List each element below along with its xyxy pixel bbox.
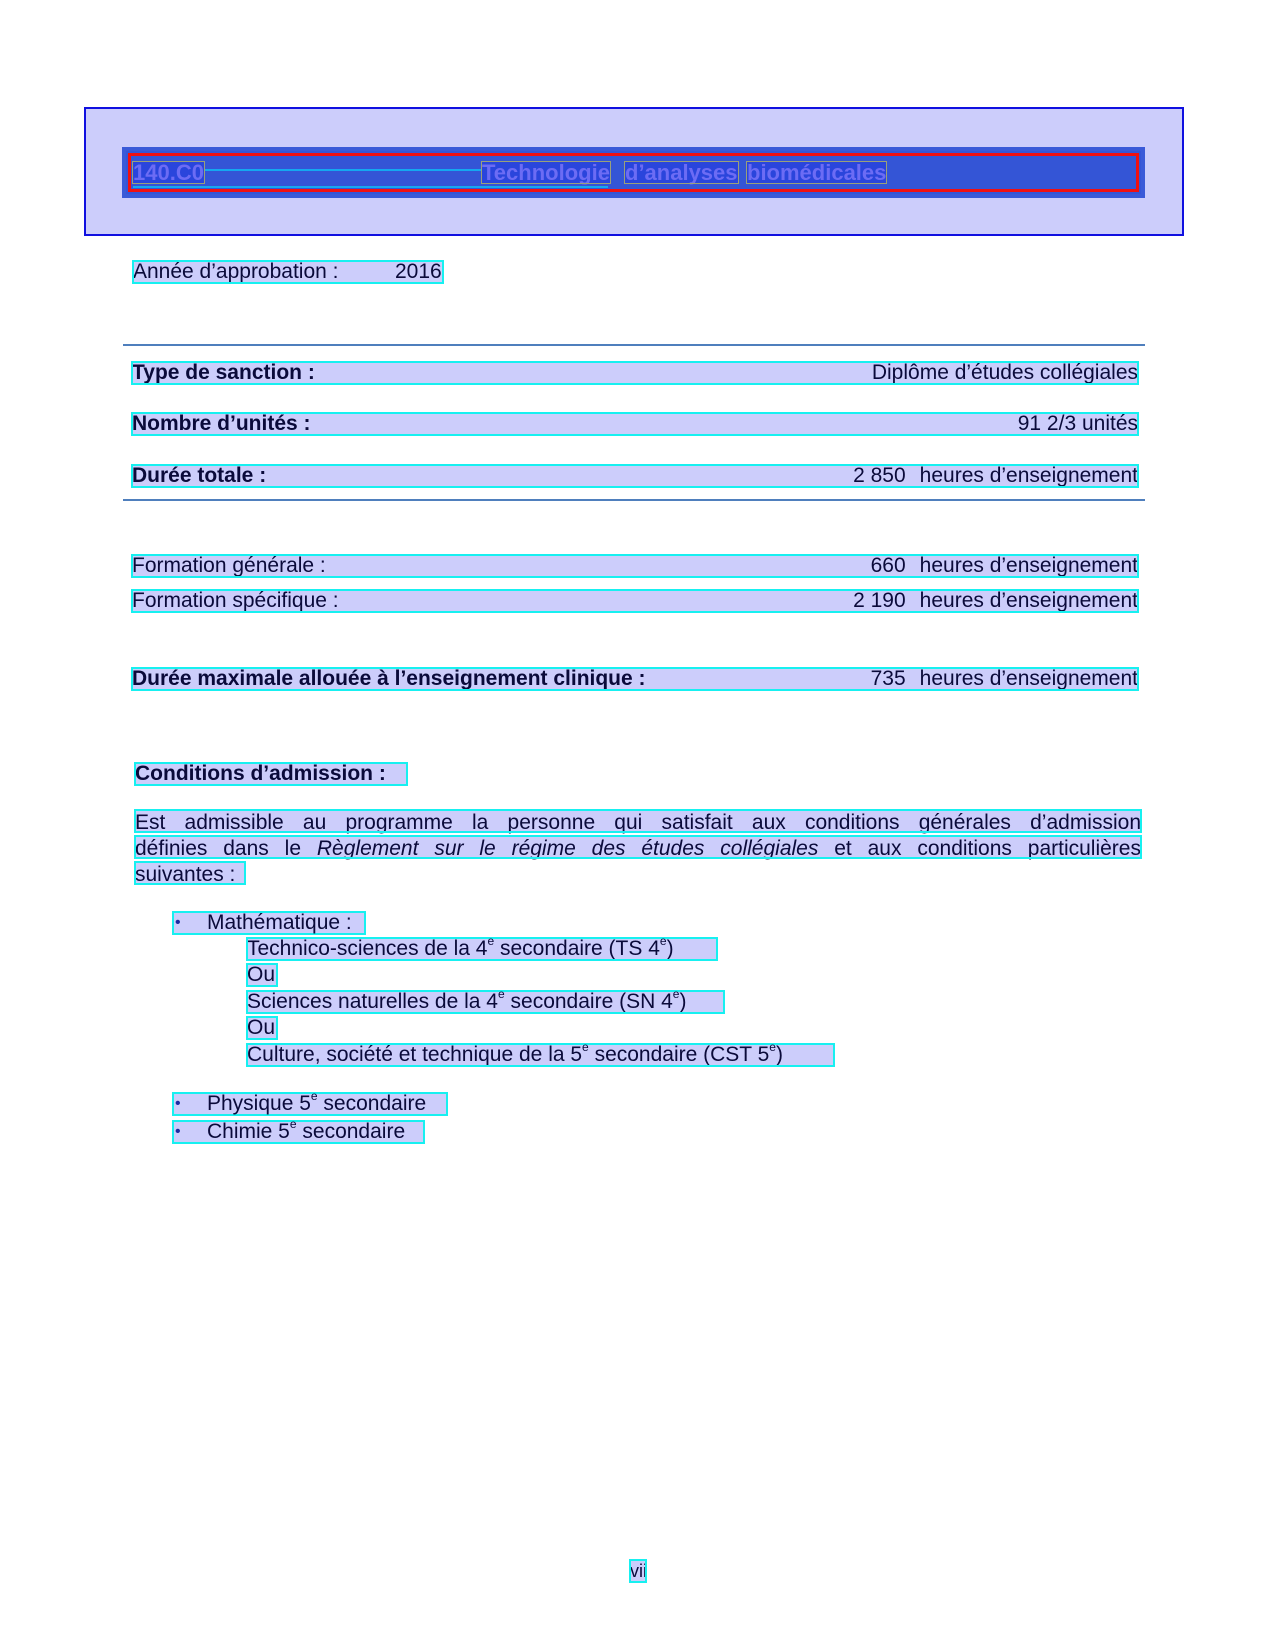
training-row-general: Formation générale : 660 heures d’enseig… [132,555,1138,577]
paragraph-line-1: Est admissible au programme la personne … [135,810,1141,832]
training-unit: heures d’enseignement [920,590,1138,612]
admission-heading: Conditions d’admission : [135,763,407,785]
bullet-icon: • [175,912,181,934]
training-value: 2 190 [853,590,906,612]
math-option-sn: Sciences naturelles de la 4e secondaire … [247,991,724,1013]
summary-label: Nombre d’unités : [132,413,311,435]
requirement-chemistry: • Chimie 5e secondaire [173,1121,424,1143]
approval-line: Année d’approbation : 2016 [133,261,443,283]
admission-paragraph: Est admissible au programme la personne … [135,810,1141,888]
summary-value: 91 2/3 unités [1018,413,1138,435]
bullet-icon: • [175,1121,181,1143]
training-value: 660 [871,555,906,577]
training-row-specific: Formation spécifique : 2 190 heures d’en… [132,590,1138,612]
approval-label: Année d’approbation : [133,260,339,283]
math-option-cst: Culture, société et technique de la 5e s… [247,1044,834,1066]
summary-bottom-rule [123,499,1145,501]
math-option-ts: Technico-sciences de la 4e secondaire (T… [247,938,717,960]
summary-value: 2 850 [853,465,906,487]
requirement-math: • Mathématique : [173,912,365,934]
summary-top-rule [123,344,1145,346]
clinical-value: 735 [871,668,906,690]
summary-row-sanction: Type de sanction : Diplôme d’études coll… [132,362,1138,384]
program-code: 140.C0 [133,162,204,183]
summary-unit: heures d’enseignement [920,465,1138,487]
math-option-or: Ou [247,1017,277,1039]
program-title-word-3: biomédicales [747,162,886,183]
paragraph-line-3: suivantes : [135,862,245,884]
summary-value: Diplôme d’études collégiales [872,362,1138,384]
training-unit: heures d’enseignement [920,555,1138,577]
training-label: Formation générale : [132,555,326,577]
program-title-word-1: Technologie [482,162,610,183]
clinical-unit: heures d’enseignement [920,668,1138,690]
regulation-title: Règlement sur le régime des études collé… [317,837,818,860]
clinical-label: Durée maximale allouée à l’enseignement … [132,668,646,690]
page-number: vii [630,1560,646,1582]
summary-label: Durée totale : [132,465,266,487]
training-label: Formation spécifique : [132,590,339,612]
summary-row-duration: Durée totale : 2 850 heures d’enseigneme… [132,465,1138,487]
bullet-icon: • [175,1093,181,1115]
summary-label: Type de sanction : [132,362,315,384]
requirement-physics: • Physique 5e secondaire [173,1093,447,1115]
program-title-word-2: d’analyses [625,162,738,183]
clinical-row: Durée maximale allouée à l’enseignement … [132,668,1138,690]
paragraph-line-2: définies dans le Règlement sur le régime… [135,836,1141,858]
math-option-or: Ou [247,964,277,986]
summary-row-units: Nombre d’unités : 91 2/3 unités [132,413,1138,435]
requirement-label: Mathématique : [207,912,352,934]
approval-year: 2016 [395,261,442,283]
